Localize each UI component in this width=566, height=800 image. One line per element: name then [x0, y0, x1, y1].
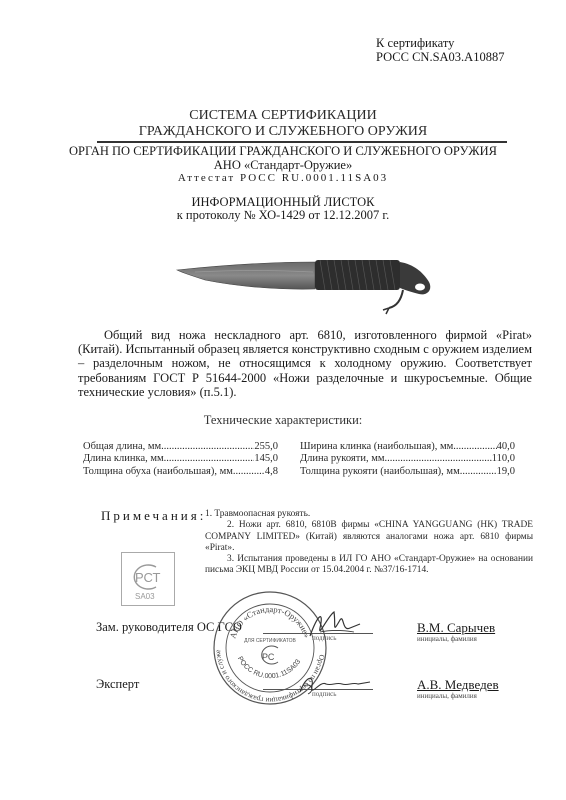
- name-caption: инициалы, фамилия: [417, 635, 477, 643]
- header-divider: [97, 141, 507, 143]
- signatory-role-expert: Эксперт: [96, 677, 139, 692]
- spec-label: Длина рукояти, мм: [300, 453, 384, 465]
- info-sheet-title: ИНФОРМАЦИОННЫЙ ЛИСТОК: [0, 195, 566, 209]
- spec-value: 19,0: [497, 466, 515, 478]
- note-item: 2. Ножи арт. 6810, 6810В фирмы «CHINA YA…: [205, 520, 533, 554]
- system-title-line2: ГРАЖДАНСКОГО И СЛУЖЕБНОГО ОРУЖИЯ: [0, 124, 566, 139]
- handwritten-signatures-icon: [290, 606, 390, 706]
- name-caption: инициалы, фамилия: [417, 692, 477, 700]
- gost-certification-mark-icon: РСТ SA03: [121, 552, 175, 606]
- notes-list: 1. Травмоопасная рукоять. 2. Ножи арт. 6…: [205, 509, 533, 577]
- signatory-name: В.М. Сарычев: [417, 620, 495, 636]
- spec-label: Ширина клинка (наибольшая), мм: [300, 441, 453, 453]
- product-description: Общий вид ножа нескладного арт. 6810, из…: [78, 328, 532, 399]
- system-title-line1: СИСТЕМА СЕРТИФИКАЦИИ: [0, 108, 566, 123]
- spec-label: Толщина рукояти (наибольшая), мм: [300, 466, 460, 478]
- spec-value: 145,0: [254, 453, 278, 465]
- leader-dots: ........................................…: [164, 453, 255, 465]
- spec-value: 255,0: [254, 441, 278, 453]
- specs-left-column: Общая длина, мм ........................…: [83, 441, 278, 478]
- spec-value: 4,8: [265, 466, 278, 478]
- spec-row-spine-thickness: Толщина обуха (наибольшая), мм .........…: [83, 466, 278, 478]
- spec-row-blade-width: Ширина клинка (наибольшая), мм .........…: [300, 441, 515, 453]
- leader-dots: ........................................…: [460, 466, 497, 478]
- leader-dots: ........................................…: [384, 453, 491, 465]
- svg-text:SA03: SA03: [135, 592, 155, 601]
- svg-text:РС: РС: [262, 652, 275, 662]
- specs-right-column: Ширина клинка (наибольшая), мм .........…: [300, 441, 515, 478]
- spec-value: 40,0: [497, 441, 515, 453]
- spec-row-handle-length: Длина рукояти, мм ......................…: [300, 453, 515, 465]
- attestat-number: Аттестат РОСС RU.0001.11SA03: [0, 172, 566, 185]
- leader-dots: ........................................…: [233, 466, 265, 478]
- spec-label: Длина клинка, мм: [83, 453, 164, 465]
- leader-dots: ........................................…: [453, 441, 496, 453]
- certificate-reference: К сертификату РОСС CN.SA03.A10887: [376, 36, 504, 64]
- leader-dots: ........................................…: [161, 441, 254, 453]
- spec-value: 110,0: [492, 453, 515, 465]
- svg-text:ДЛЯ СЕРТИФИКАТОВ: ДЛЯ СЕРТИФИКАТОВ: [244, 638, 296, 644]
- note-item: 3. Испытания проведены в ИЛ ГО АНО «Стан…: [205, 554, 533, 577]
- svg-text:РСТ: РСТ: [135, 570, 160, 585]
- spec-row-total-length: Общая длина, мм ........................…: [83, 441, 278, 453]
- signatory-name: А.В. Медведев: [417, 677, 499, 693]
- organization-name: АНО «Стандарт-Оружие»: [0, 158, 566, 172]
- knife-image: [175, 248, 465, 318]
- certificate-ref-number: РОСС CN.SA03.A10887: [376, 50, 504, 64]
- note-item: 1. Травмоопасная рукоять.: [205, 509, 533, 520]
- certification-body-name: ОРГАН ПО СЕРТИФИКАЦИИ ГРАЖДАНСКОГО И СЛУ…: [0, 144, 566, 158]
- notes-label: Примечания:: [101, 508, 206, 524]
- tech-specs-title: Технические характеристики:: [0, 413, 566, 428]
- spec-label: Толщина обуха (наибольшая), мм: [83, 466, 233, 478]
- certificate-ref-line1: К сертификату: [376, 36, 504, 50]
- spec-label: Общая длина, мм: [83, 441, 161, 453]
- spec-row-handle-thickness: Толщина рукояти (наибольшая), мм .......…: [300, 466, 515, 478]
- spec-row-blade-length: Длина клинка, мм .......................…: [83, 453, 278, 465]
- protocol-reference: к протоколу № ХО-1429 от 12.12.2007 г.: [0, 208, 566, 222]
